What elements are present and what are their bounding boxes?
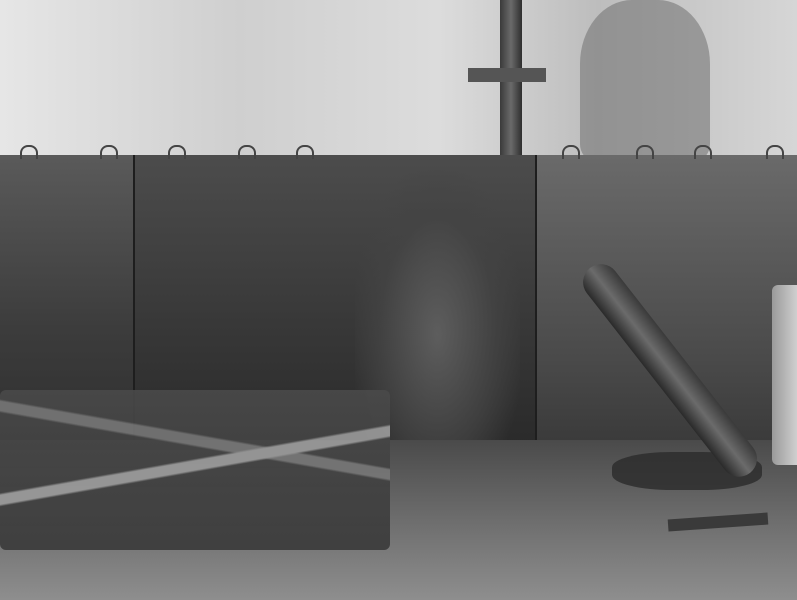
lifting-loop <box>238 145 256 159</box>
wall-stain <box>580 0 710 160</box>
lifting-loop <box>296 145 314 159</box>
lifting-loop <box>636 145 654 159</box>
lifting-loop <box>100 145 118 159</box>
lifting-loop <box>168 145 186 159</box>
barrier-block <box>537 155 797 445</box>
lifting-loop <box>766 145 784 159</box>
lifting-loop <box>694 145 712 159</box>
lifting-loop <box>20 145 38 159</box>
pipe-bracket <box>468 68 546 82</box>
barrel <box>772 285 797 465</box>
lifting-loop <box>562 145 580 159</box>
metal-debris <box>0 390 390 550</box>
vertical-pipe <box>500 0 522 165</box>
photograph <box>0 0 797 600</box>
